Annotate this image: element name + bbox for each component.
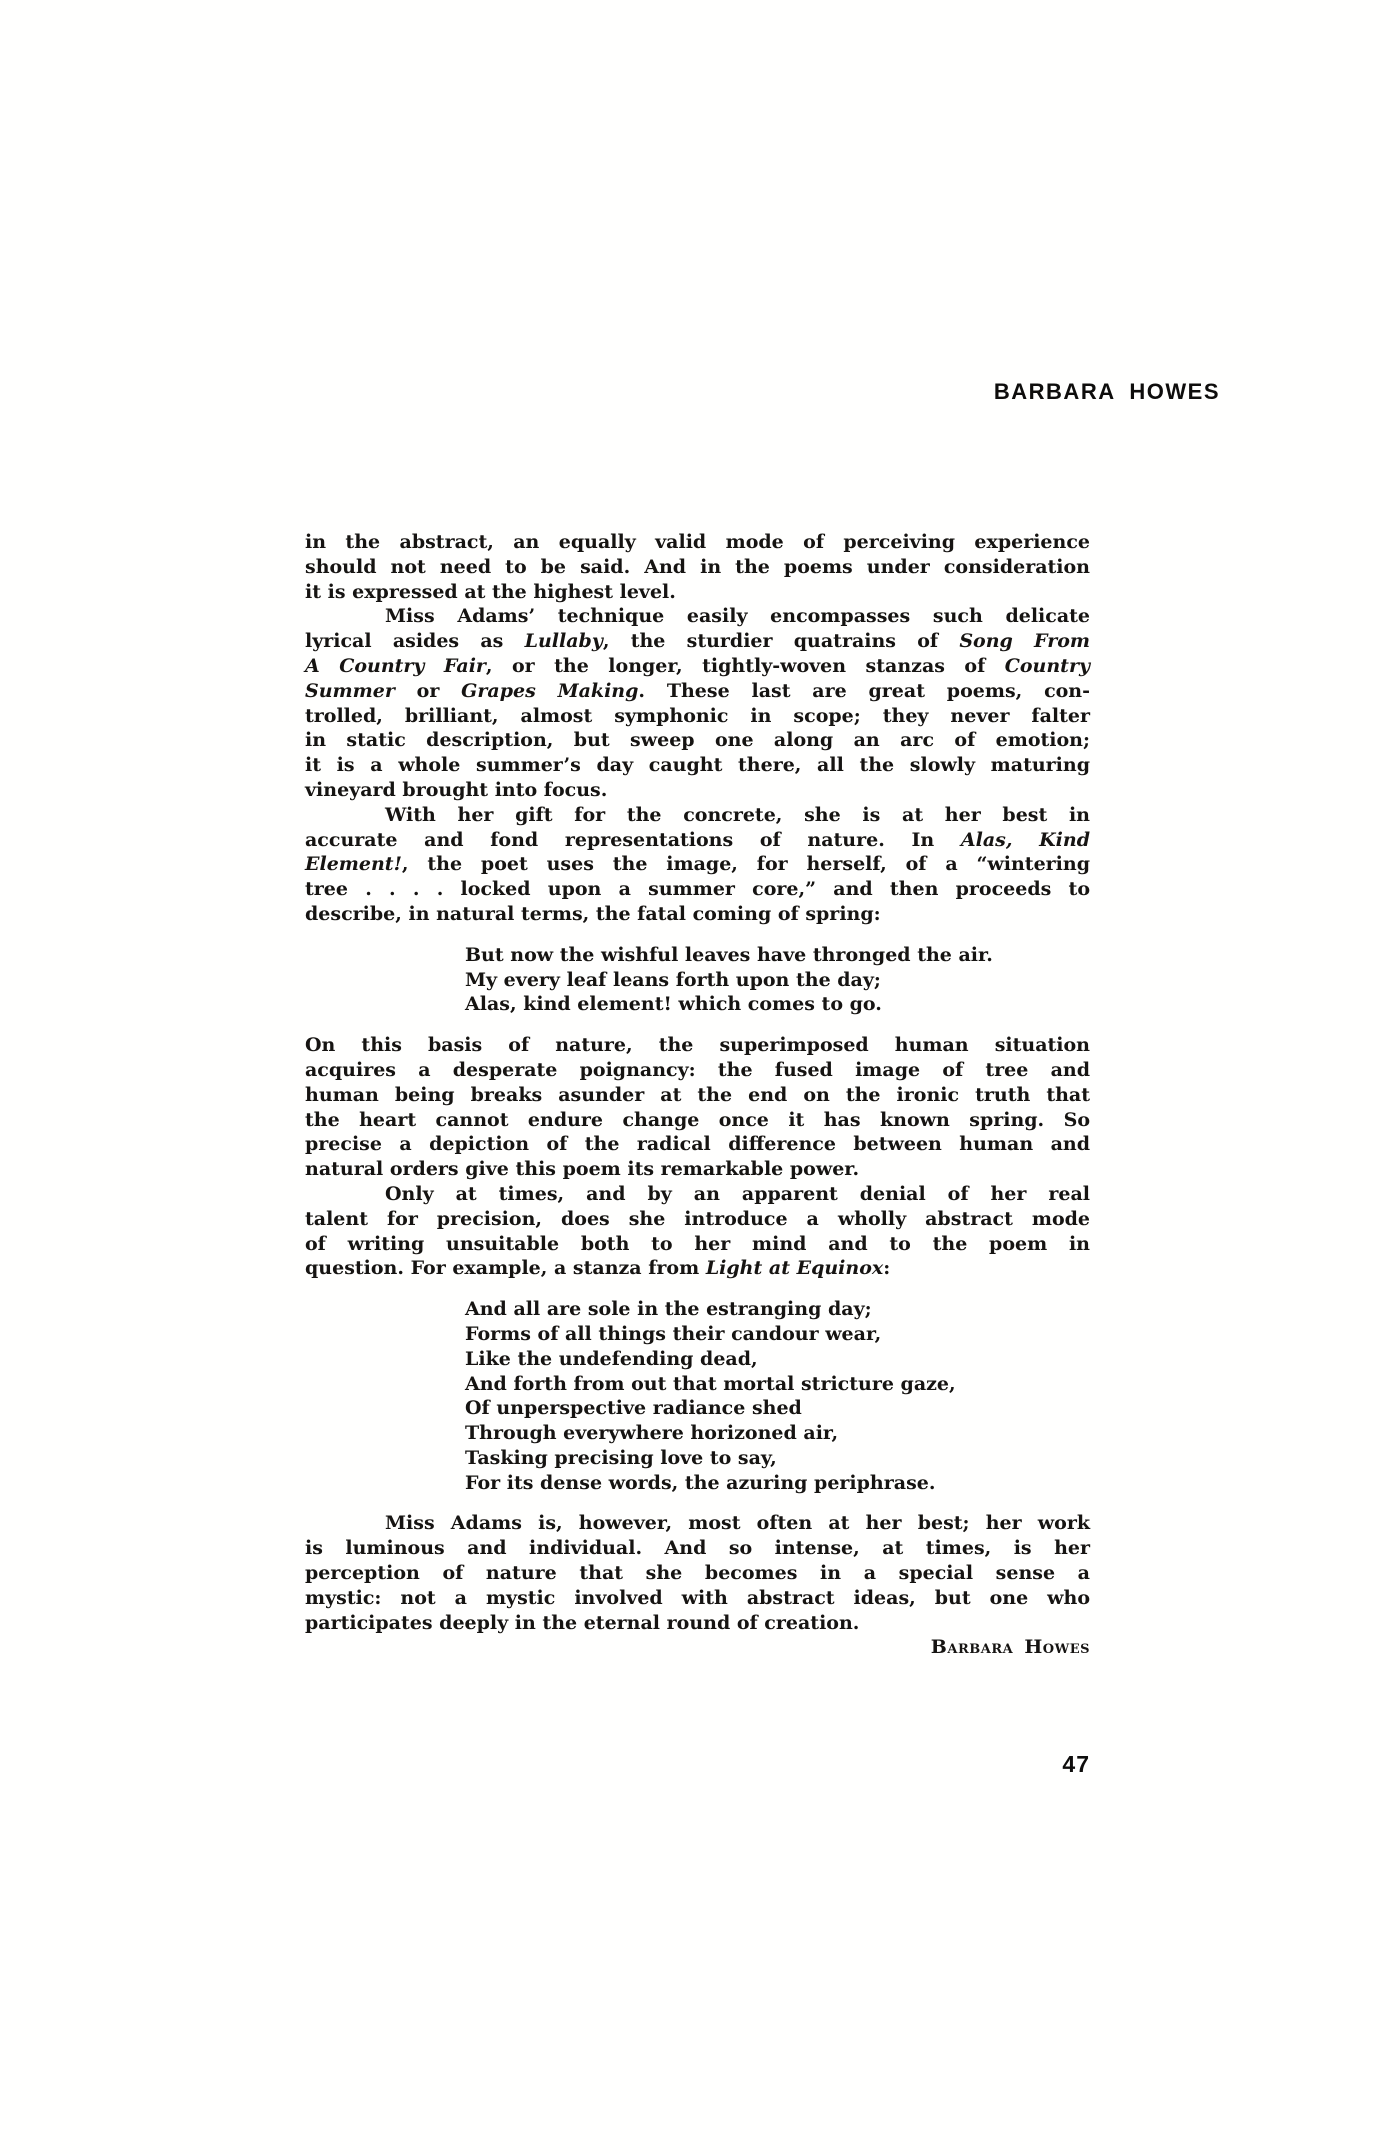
text-run: And forth from out that mortal stricture… (465, 1373, 956, 1395)
verse-line: Tasking precising love to say, (465, 1446, 1090, 1471)
text-line: of writing unsuitable both to her mind a… (305, 1232, 1090, 1257)
text-run: vineyard brought into focus. (305, 779, 607, 801)
paragraph: Only at times, and by an apparent denial… (305, 1182, 1090, 1281)
italic-text-run: Lullaby (525, 630, 603, 652)
text-line: is luminous and individual. And so inten… (305, 1536, 1090, 1561)
text-run: natural orders give this poem its remark… (305, 1158, 859, 1180)
text-run: And all are sole in the estranging day; (465, 1298, 872, 1320)
text-run: acquires a desperate poignancy: the fuse… (305, 1059, 1090, 1081)
verse-line: And forth from out that mortal stricture… (465, 1372, 1090, 1397)
text-line: in the abstract, an equally valid mode o… (305, 530, 1090, 555)
text-line: vineyard brought into focus. (305, 778, 1090, 803)
text-run: Miss Adams is, however, most often at he… (385, 1512, 1090, 1534)
text-line: participates deeply in the eternal round… (305, 1611, 1090, 1636)
verse-quote: And all are sole in the estranging day;F… (305, 1297, 1090, 1495)
text-run: talent for precision, does she introduce… (305, 1208, 1090, 1230)
text-line: accurate and fond representations of nat… (305, 828, 1090, 853)
italic-text-run: A Country Fair (305, 655, 486, 677)
italic-text-run: Light at Equinox (706, 1257, 883, 1279)
text-run: : (883, 1257, 890, 1279)
italic-text-run: Country (1005, 655, 1090, 677)
text-line: describe, in natural terms, the fatal co… (305, 902, 1090, 927)
italic-text-run: Summer (305, 680, 395, 702)
text-line: it is expressed at the highest level. (305, 580, 1090, 605)
text-run: is luminous and individual. And so inten… (305, 1537, 1090, 1559)
text-line: On this basis of nature, the superimpose… (305, 1033, 1090, 1058)
italic-text-run: Alas, Kind (961, 829, 1090, 851)
scanned-page: BARBARA HOWES in the abstract, an equall… (0, 0, 1400, 2154)
text-run: or (395, 680, 461, 702)
paragraph: Miss Adams’ technique easily encompasses… (305, 604, 1090, 802)
verse-line: Alas, kind element! which comes to go. (465, 992, 1090, 1017)
text-line: Miss Adams is, however, most often at he… (305, 1511, 1090, 1536)
italic-text-run: Song From (959, 630, 1090, 652)
text-run: accurate and fond representations of nat… (305, 829, 961, 851)
text-run: should not need to be said. And in the p… (305, 556, 1090, 578)
text-run: Tasking precising love to say, (465, 1447, 777, 1469)
text-line: human being breaks asunder at the end on… (305, 1083, 1090, 1108)
page-number: 47 (1062, 1751, 1090, 1778)
verse-line: My every leaf leans forth upon the day; (465, 968, 1090, 993)
text-run: For its dense words, the azuring periphr… (465, 1472, 935, 1494)
text-line: Summer or Grapes Making. These last are … (305, 679, 1090, 704)
text-run: Miss Adams’ technique easily encompasses… (385, 605, 1090, 627)
text-line: natural orders give this poem its remark… (305, 1157, 1090, 1182)
text-run: , the sturdier quatrains of (603, 630, 959, 652)
text-run: lyrical asides as (305, 630, 525, 652)
verse-quote: But now the wishful leaves have thronged… (305, 943, 1090, 1017)
text-run: Alas, kind element! which comes to go. (465, 993, 882, 1015)
text-run: tree . . . . locked upon a summer core,”… (305, 878, 1090, 900)
text-run: On this basis of nature, the superimpose… (305, 1034, 1090, 1056)
text-run: precise a depiction of the radical diffe… (305, 1133, 1090, 1155)
text-line: Only at times, and by an apparent denial… (305, 1182, 1090, 1207)
text-run: Like the undefending dead, (465, 1348, 758, 1370)
paragraph: in the abstract, an equally valid mode o… (305, 530, 1090, 604)
text-run: in the abstract, an equally valid mode o… (305, 531, 1090, 553)
author-signature: Barbara Howes (305, 1635, 1090, 1660)
verse-line: Forms of all things their candour wear, (465, 1322, 1090, 1347)
text-line: trolled, brilliant, almost symphonic in … (305, 704, 1090, 729)
verse-line: And all are sole in the estranging day; (465, 1297, 1090, 1322)
text-run: Forms of all things their candour wear, (465, 1323, 881, 1345)
text-run: , or the longer, tightly-woven stanzas o… (486, 655, 1005, 677)
text-run: participates deeply in the eternal round… (305, 1612, 859, 1634)
text-run: But now the wishful leaves have thronged… (465, 944, 993, 966)
verse-line: Of unperspective radiance shed (465, 1396, 1090, 1421)
text-run: With her gift for the concrete, she is a… (385, 804, 1090, 826)
text-run: . These last are great poems, con- (638, 680, 1090, 702)
text-line: question. For example, a stanza from Lig… (305, 1256, 1090, 1281)
paragraph: On this basis of nature, the superimpose… (305, 1033, 1090, 1182)
verse-line: For its dense words, the azuring periphr… (465, 1471, 1090, 1496)
text-run: it is expressed at the highest level. (305, 581, 676, 603)
text-run: mystic: not a mystic involved with abstr… (305, 1587, 1090, 1609)
verse-line: But now the wishful leaves have thronged… (465, 943, 1090, 968)
text-line: lyrical asides as Lullaby, the sturdier … (305, 629, 1090, 654)
text-run: My every leaf leans forth upon the day; (465, 969, 881, 991)
text-run: it is a whole summer’s day caught there,… (305, 754, 1090, 776)
text-line: Miss Adams’ technique easily encompasses… (305, 604, 1090, 629)
text-line: A Country Fair, or the longer, tightly-w… (305, 654, 1090, 679)
text-run: human being breaks asunder at the end on… (305, 1084, 1090, 1106)
text-run: Of unperspective radiance shed (465, 1397, 802, 1419)
text-run: perception of nature that she becomes in… (305, 1562, 1090, 1584)
text-line: precise a depiction of the radical diffe… (305, 1132, 1090, 1157)
text-line: talent for precision, does she introduce… (305, 1207, 1090, 1232)
text-line: With her gift for the concrete, she is a… (305, 803, 1090, 828)
paragraph: With her gift for the concrete, she is a… (305, 803, 1090, 927)
text-line: mystic: not a mystic involved with abstr… (305, 1586, 1090, 1611)
text-line: in static description, but sweep one alo… (305, 728, 1090, 753)
text-line: Element!, the poet uses the image, for h… (305, 852, 1090, 877)
text-line: tree . . . . locked upon a summer core,”… (305, 877, 1090, 902)
running-header: BARBARA HOWES (994, 379, 1220, 405)
paragraph: Miss Adams is, however, most often at he… (305, 1511, 1090, 1635)
text-run: , the poet uses the image, for herself, … (402, 853, 1090, 875)
text-run: Through everywhere horizoned air, (465, 1422, 838, 1444)
text-line: the heart cannot endure change once it h… (305, 1108, 1090, 1133)
text-run: of writing unsuitable both to her mind a… (305, 1233, 1090, 1255)
text-run: Only at times, and by an apparent denial… (385, 1183, 1090, 1205)
text-run: question. For example, a stanza from (305, 1257, 706, 1279)
text-line: should not need to be said. And in the p… (305, 555, 1090, 580)
text-line: acquires a desperate poignancy: the fuse… (305, 1058, 1090, 1083)
text-run: trolled, brilliant, almost symphonic in … (305, 705, 1090, 727)
text-line: perception of nature that she becomes in… (305, 1561, 1090, 1586)
text-run: the heart cannot endure change once it h… (305, 1109, 1090, 1131)
text-run: in static description, but sweep one alo… (305, 729, 1090, 751)
article-body: in the abstract, an equally valid mode o… (305, 530, 1090, 1660)
text-run: describe, in natural terms, the fatal co… (305, 903, 881, 925)
verse-line: Through everywhere horizoned air, (465, 1421, 1090, 1446)
italic-text-run: Grapes Making (461, 680, 638, 702)
verse-line: Like the undefending dead, (465, 1347, 1090, 1372)
italic-text-run: Element! (305, 853, 402, 875)
text-line: it is a whole summer’s day caught there,… (305, 753, 1090, 778)
